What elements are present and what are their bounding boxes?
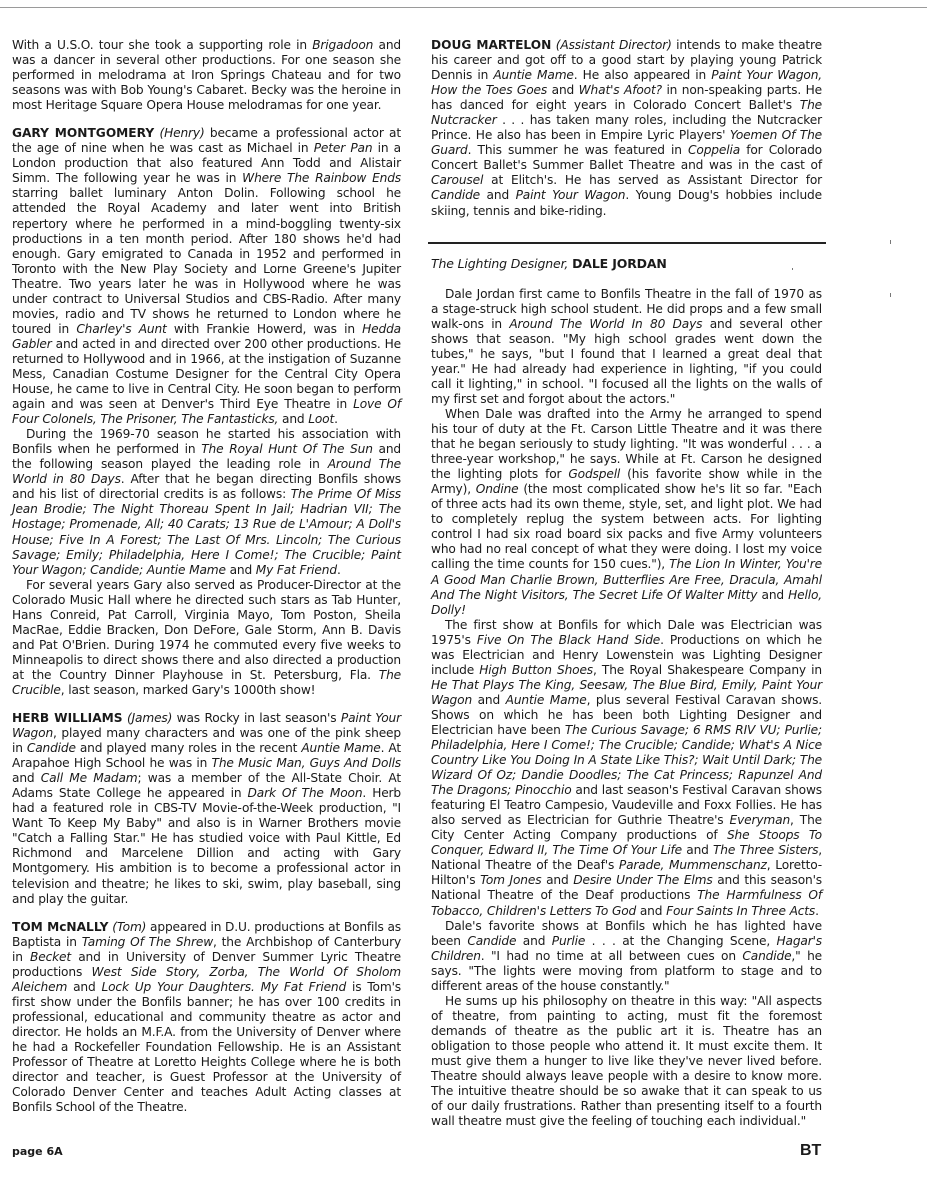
dale-jordan-bio-p3: The first show at Bonfils for which Dale… [431, 618, 822, 919]
gary-montgomery-bio-p3: For several years Gary also served as Pr… [12, 578, 401, 698]
gary-montgomery-bio-p2: During the 1969-70 season he started his… [12, 427, 401, 577]
production-title: Candide [742, 949, 791, 963]
doug-martelon-bio: DOUG MARTELON (Assistant Director) inten… [431, 38, 822, 219]
production-title: Around The World In 80 Days [509, 317, 702, 331]
production-title: Ondine [476, 482, 519, 496]
production-title: Peter Pan [314, 141, 373, 155]
production-title: Carousel [431, 173, 483, 187]
production-title: Five On The Black Hand Side [477, 633, 660, 647]
author-signature: BT [800, 1142, 821, 1160]
production-title: Parade, Mummenschanz [619, 858, 767, 872]
dale-jordan-bio-p4: Dale's favorite shows at Bonfils which h… [431, 919, 822, 994]
production-title: Candide [467, 934, 516, 948]
lighting-designer-heading: The Lighting Designer, DALE JORDAN [431, 256, 822, 271]
print-speck [890, 293, 891, 297]
production-title: Charley's Aunt [76, 322, 166, 336]
production-title: Where The Rainbow Ends [242, 171, 401, 185]
production-title: Dark Of The Moon [248, 786, 363, 800]
production-title: Auntie Mame [506, 693, 587, 707]
cast-name: GARY MONTGOMERY [12, 126, 154, 140]
production-title: What's Afoot? [579, 83, 662, 97]
cast-role: (Tom) [112, 920, 146, 934]
production-title: Loot [308, 412, 334, 426]
cast-name: DOUG MARTELON [431, 38, 551, 52]
right-column: DOUG MARTELON (Assistant Director) inten… [431, 38, 822, 1129]
tom-mcnally-bio: TOM McNALLY (Tom) appeared in D.U. produ… [12, 920, 401, 1116]
production-title: The Three Sisters [713, 843, 818, 857]
cast-role: (Assistant Director) [556, 38, 672, 52]
cast-role: (James) [127, 711, 172, 725]
print-speck [890, 240, 891, 244]
production-title: Coppelia [688, 143, 740, 157]
cast-name: HERB WILLIAMS [12, 711, 123, 725]
becky-bio-continuation: With a U.S.O. tour she took a supporting… [12, 38, 401, 113]
production-title: Auntie Mame [301, 741, 380, 755]
production-title: Paint Your Wagon [516, 188, 626, 202]
left-column: With a U.S.O. tour she took a supporting… [12, 38, 401, 1115]
production-title: Purlie [552, 934, 585, 948]
production-title: Becket [30, 950, 71, 964]
production-title: Lock Up Your Daughters. My Fat Friend [101, 980, 346, 994]
herb-williams-bio: HERB WILLIAMS (James) was Rocky in last … [12, 711, 401, 907]
production-title: Four Saints In Three Acts [666, 904, 815, 918]
page-number: page 6A [12, 1145, 63, 1158]
production-title: Desire Under The Elms [573, 873, 712, 887]
production-title: Auntie Mame [493, 68, 573, 82]
print-speck [792, 268, 793, 270]
cast-role: (Henry) [159, 126, 204, 140]
production-title: Taming Of The Shrew [82, 935, 213, 949]
dale-jordan-bio-p2: When Dale was drafted into the Army he a… [431, 407, 822, 618]
production-title: High Button Shoes [479, 663, 593, 677]
production-title: The Royal Hunt Of The Sun [201, 442, 373, 456]
production-title: Tom Jones [480, 873, 541, 887]
gary-montgomery-bio: GARY MONTGOMERY (Henry) became a profess… [12, 126, 401, 427]
production-title: Call Me Madam [41, 771, 138, 785]
production-title: The Music Man, Guys And Dolls [212, 756, 401, 770]
dale-jordan-bio-p5: He sums up his philosophy on theatre in … [431, 994, 822, 1129]
dale-jordan-bio-p1: Dale Jordan first came to Bonfils Theatr… [431, 287, 822, 407]
section-divider [428, 242, 826, 244]
production-title: Candide [431, 188, 480, 202]
production-title: Candide [27, 741, 76, 755]
production-title: Godspell [568, 467, 620, 481]
production-title: Everyman [730, 813, 791, 827]
production-title: My Fat Friend [256, 563, 337, 577]
top-border-rule [0, 7, 927, 8]
cast-name: TOM McNALLY [12, 920, 109, 934]
